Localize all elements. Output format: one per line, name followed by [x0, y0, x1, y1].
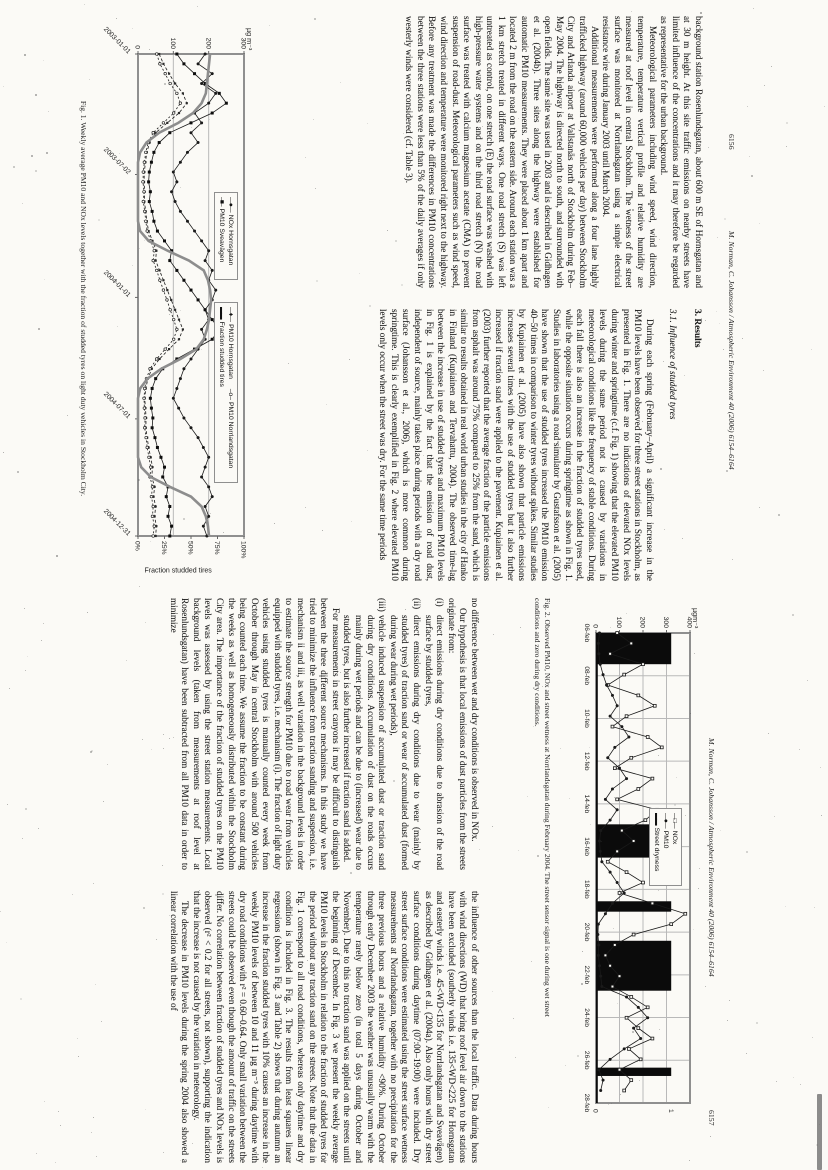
pm10-norrlandsgatan-series-marker-icon: – o –	[226, 389, 235, 399]
svg-text:75%: 75%	[213, 541, 220, 555]
legend-label: PM10	[662, 831, 669, 849]
fig1-legend-box-2: —♦—PM10 Hornsgatan– o –PM10 Norrlandsgat…	[214, 302, 238, 483]
svg-text:0: 0	[134, 45, 141, 49]
legend-entry: —●—PM10	[661, 813, 670, 848]
figure-2: µgm⁻³ 06-feb08-feb10-feb12-feb14-feb16-f…	[484, 598, 698, 1163]
running-head-right: M. Norman, C. Johansson / Atmospheric En…	[704, 598, 716, 1163]
svg-text:0%: 0%	[134, 541, 141, 551]
page-number: 6157	[707, 1110, 716, 1126]
fig1-chart: 01002003000%25%50%75%100%2003-01-012003-…	[92, 16, 250, 581]
list-item: (ii)direct emissions during dry conditio…	[387, 598, 422, 870]
left-column: background station Rosenlundsgatan, abou…	[403, 16, 704, 288]
fig2-caption-line1: Fig. 2. Observed PM10, NOx and street we…	[543, 598, 553, 1163]
legend-row: —♦—PM10 Hornsgatan– o –PM10 Norrlandsgat…	[226, 307, 235, 478]
nox-hornsgatan-series-marker-icon: —●—	[226, 197, 235, 212]
fig1-legend-box-1: —●—NOx Hornsgatan–■–PM10 Sveavägen	[214, 192, 238, 280]
svg-text:100: 100	[169, 38, 176, 50]
legend-label: PM10 Hornsgatan	[227, 324, 234, 379]
list-item: (iii)vehicle induced suspension of accum…	[341, 598, 387, 870]
scanned-paper-spread: 6156 M. Norman, C. Johansson / Atmospher…	[0, 0, 828, 1170]
svg-text:16-feb: 16-feb	[583, 837, 590, 856]
right-column-text: During each spring (February–April) a si…	[377, 309, 655, 581]
svg-text:18-feb: 18-feb	[583, 880, 590, 899]
svg-text:10-feb: 10-feb	[583, 709, 590, 728]
pm10-series-marker-icon: —●—	[661, 813, 670, 828]
legend-label: NOx Hornsgatan	[227, 215, 234, 266]
svg-text:06-feb: 06-feb	[583, 624, 590, 643]
svg-text:14-feb: 14-feb	[583, 795, 590, 814]
legend-entry: –■–PM10 Sveavägen	[217, 197, 226, 262]
list-item: (i)direct emissions during dry condition…	[422, 598, 445, 870]
list-item-text: vehicle induced suspension of accumulate…	[342, 615, 387, 870]
page-6157: M. Norman, C. Johansson / Atmospheric En…	[18, 598, 718, 1163]
running-head-left: 6156 M. Norman, C. Johansson / Atmospher…	[724, 16, 736, 581]
svg-text:2004-12-31: 2004-12-31	[102, 508, 132, 538]
pm10-sveav-gen-series-marker-icon: –■–	[217, 197, 226, 206]
legend-entry: —●—NOx Hornsgatan	[226, 197, 235, 265]
svg-text:0: 0	[592, 624, 599, 628]
list-item-text: direct emissions during dry conditions d…	[424, 615, 446, 870]
fig1-y-axis-unit: µg m⁻³	[245, 28, 254, 50]
svg-text:2004-07-01: 2004-07-01	[102, 391, 132, 421]
fig2-legend-box: —□—NOx—●—PM10▬▬Street dryness	[649, 808, 682, 886]
legend-row: —●—PM10	[661, 813, 670, 881]
legend-label: PM10 Sveavägen	[218, 209, 225, 263]
page-6156: 6156 M. Norman, C. Johansson / Atmospher…	[38, 16, 738, 581]
legend-label: NOx	[671, 831, 678, 845]
figure-1: µg m⁻³ 01002003000%25%50%75%100%2003-01-…	[54, 16, 250, 581]
right-column: 3. Results 3.1. Influence of studded tyr…	[377, 309, 704, 581]
legend-entry: – o –PM10 Norrlandsgatan	[226, 389, 235, 468]
fig1-caption: Fig. 1. Weekly average PM10 and NOx leve…	[79, 16, 89, 581]
paragraph: background station Rosenlundsgatan, abou…	[658, 16, 704, 288]
street-dryness-series-marker-icon: ▬▬	[652, 813, 661, 825]
svg-text:26-feb: 26-feb	[583, 1051, 590, 1070]
legend-row: ▬▬Street dryness	[652, 813, 661, 881]
legend-entry: —□—NOx	[670, 813, 679, 844]
paragraph: The decrease in PM10 levels during the s…	[167, 891, 190, 1163]
svg-text:22-feb: 22-feb	[583, 965, 590, 984]
legend-entry: ▬▬Street dryness	[652, 813, 661, 871]
subsection-heading: 3.1. Influence of studded tyres	[667, 309, 679, 581]
svg-text:25%: 25%	[160, 541, 167, 555]
svg-text:2003-07-02: 2003-07-02	[102, 146, 132, 176]
svg-text:2004-01-01: 2004-01-01	[102, 269, 132, 299]
svg-text:100: 100	[615, 617, 622, 629]
svg-text:200: 200	[639, 617, 646, 629]
svg-text:08-feb: 08-feb	[583, 666, 590, 685]
svg-text:28-feb: 28-feb	[583, 1094, 590, 1113]
running-head-text: M. Norman, C. Johansson / Atmospheric En…	[727, 231, 736, 470]
legend-label: Street dryness	[653, 828, 660, 872]
list-marker: (iii)	[376, 598, 388, 612]
paragraph: the influence of other sources than the …	[190, 891, 480, 1163]
scan-edge-artifact	[817, 1094, 822, 1170]
fig2-caption-line2: conditions and zero during dry condition…	[533, 598, 543, 1163]
page-number: 6156	[727, 134, 736, 150]
svg-text:200: 200	[204, 38, 211, 50]
svg-text:50%: 50%	[187, 541, 194, 555]
svg-text:1: 1	[667, 1109, 674, 1113]
svg-text:24-feb: 24-feb	[583, 1008, 590, 1027]
list-item-text: direct emissions during dry conditions d…	[389, 615, 422, 870]
paragraph: Meteorological parameters including wind…	[600, 16, 658, 288]
legend-label: PM10 Norrlandsgatan	[227, 402, 234, 468]
svg-text:12-feb: 12-feb	[583, 752, 590, 771]
pm10-hornsgatan-series-marker-icon: —♦—	[226, 307, 235, 321]
svg-text:0: 0	[592, 1109, 599, 1113]
legend-row: ▬▬Fraction studded tires	[217, 307, 226, 478]
list-marker: (ii)	[410, 598, 422, 609]
left-column: no difference between wet and dry condit…	[167, 598, 480, 870]
legend-label: Fraction studded tires	[218, 322, 225, 387]
legend-entry: —♦—PM10 Hornsgatan	[226, 307, 235, 379]
svg-text:300: 300	[662, 617, 669, 629]
fig1-y2-axis-title: Fraction studded tires	[145, 568, 245, 575]
legend-row: –■–PM10 Sveavägen	[217, 197, 226, 275]
paragraph: During each spring (February–April) a si…	[377, 309, 655, 581]
paragraph: For measurements in street canyons it ma…	[167, 598, 341, 870]
legend-entry: ▬▬Fraction studded tires	[217, 307, 226, 387]
legend-row: —●—NOx Hornsgatan	[226, 197, 235, 275]
nox-series-marker-icon: —□—	[670, 813, 679, 828]
section-heading: 3. Results	[690, 309, 702, 581]
svg-text:2003-01-01: 2003-01-01	[102, 26, 132, 56]
list-marker: (i)	[434, 598, 446, 607]
paragraph: no difference between wet and dry condit…	[468, 598, 480, 870]
running-head-text: M. Norman, C. Johansson / Atmospheric En…	[707, 738, 716, 977]
paragraph: Our hypothesis is that local emissions o…	[445, 598, 468, 870]
paragraph: Additional measurements were performed a…	[403, 16, 600, 288]
fraction-studded-tires-series-marker-icon: ▬▬	[217, 307, 226, 319]
legend-row: —□—NOx	[670, 813, 679, 881]
fig2-y-axis-unit: µgm⁻³	[691, 608, 700, 628]
right-column: the influence of other sources than the …	[167, 891, 480, 1163]
svg-text:100%: 100%	[240, 541, 247, 558]
